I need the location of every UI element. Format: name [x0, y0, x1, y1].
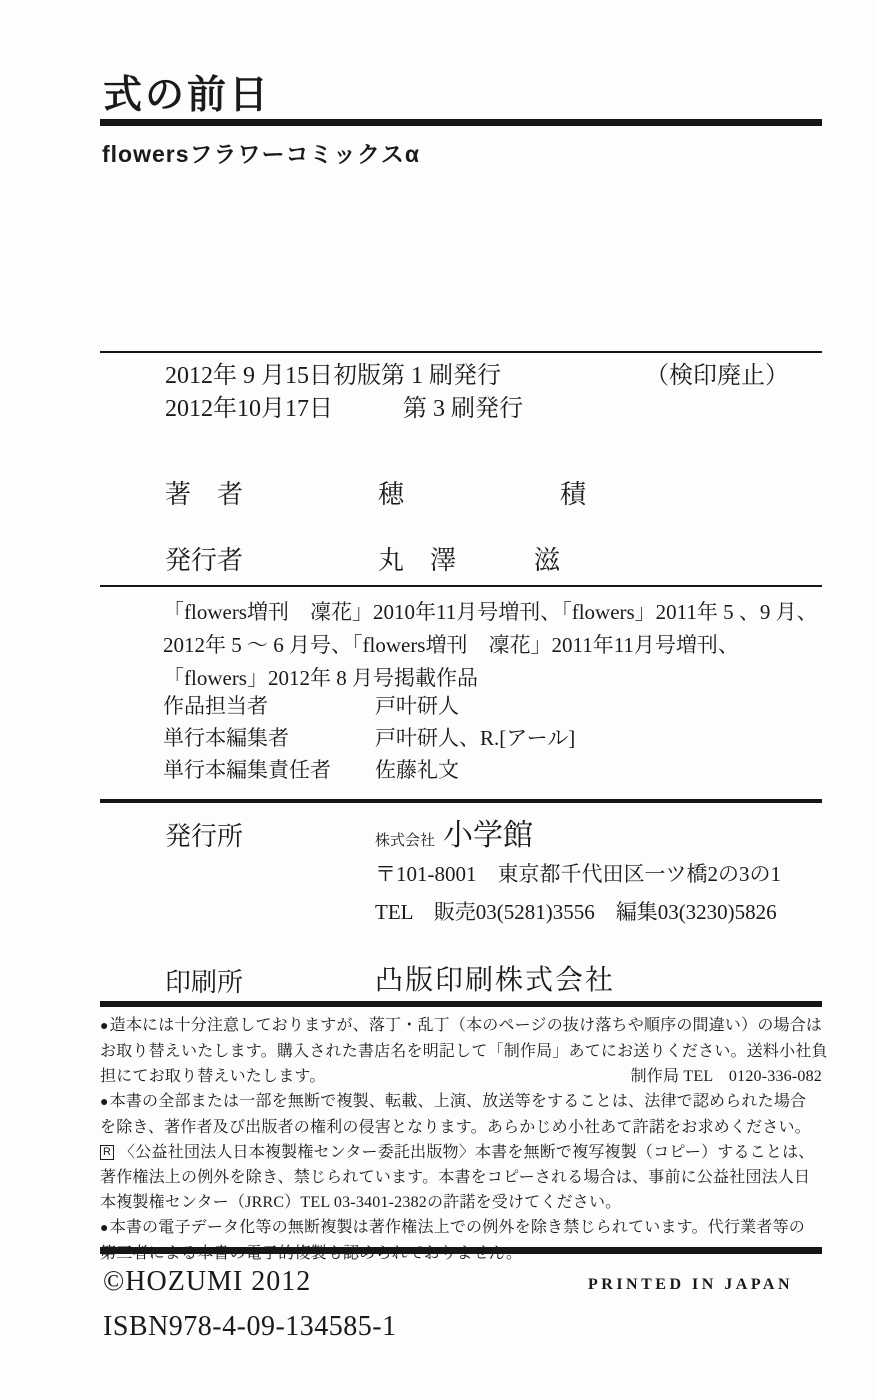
author-row: 著 者 穂 積 — [165, 474, 822, 511]
publisher-person-label: 発行者 — [165, 540, 378, 577]
staff-row-chief-editor: 単行本編集責任者 佐藤礼文 — [163, 754, 828, 786]
publisher-person-name: 丸 澤 滋 — [378, 540, 560, 577]
publisher-telephone: TEL 販売03(5281)3556 編集03(3230)5826 — [375, 896, 777, 926]
colophon-page: 式の前日 flowersフラワーコミックスα 2012年 9 月15日初版第 1… — [0, 0, 875, 1400]
publisher-person-row: 発行者 丸 澤 滋 — [165, 540, 822, 577]
notice-jrrc-copying: R〈公益社団法人日本複製権センター委託出版物〉本書を無断で複写複製（コピー）する… — [100, 1140, 822, 1215]
bullet-icon: ● — [100, 1221, 109, 1236]
publisher-address: 〒101-8001 東京都千代田区一ツ橋2の3の1 — [375, 858, 781, 888]
staff-value: 戸叶研人、R.[アール] — [375, 722, 575, 754]
staff-value: 佐藤礼文 — [375, 754, 459, 786]
publishing-house-name: 株式会社小学館 — [375, 810, 533, 854]
colophon-top-divider — [100, 351, 822, 353]
copyright-line: ©HOZUMI 2012 — [103, 1266, 311, 1298]
staff-label: 単行本編集責任者 — [163, 754, 375, 786]
author-label: 著 者 — [165, 474, 378, 511]
printer-label: 印刷所 — [165, 962, 243, 999]
bullet-icon: ● — [100, 1095, 109, 1110]
company-name: 小学館 — [443, 819, 533, 852]
printed-in-japan-label: PRINTED IN JAPAN — [588, 1276, 793, 1294]
staff-row-editor-in-charge: 作品担当者 戸叶研人 — [163, 690, 828, 722]
title-divider — [100, 119, 822, 126]
book-title: 式の前日 — [103, 64, 271, 120]
inspection-abolished-note: （検印廃止） — [645, 360, 789, 393]
production-bureau-tel: 制作局 TEL 0120-336-082 — [631, 1064, 822, 1089]
author-name: 穂 積 — [378, 474, 586, 511]
legal-notices-block: ●造本には十分注意しておりますが、落丁・乱丁（本のページの抜け落ちや順序の間違い… — [100, 1013, 822, 1266]
bullet-icon: ● — [100, 1019, 109, 1034]
edition-printing-label: 第 3 刷発行 — [403, 396, 523, 422]
staff-value: 戸叶研人 — [375, 690, 459, 722]
notice-binding-defects: ●造本には十分注意しておりますが、落丁・乱丁（本のページの抜け落ちや順序の間違い… — [100, 1013, 822, 1089]
edition-block: 2012年 9 月15日初版第 1 刷発行 （検印廃止） 2012年10月17日… — [165, 360, 822, 426]
staff-divider — [100, 799, 822, 803]
staff-label: 単行本編集者 — [163, 722, 375, 754]
notice-digital-reproduction: ●本書の電子データ化等の無断複製は著作権法上での例外を除き禁じられています。代行… — [100, 1215, 822, 1266]
publishing-house-label: 発行所 — [165, 816, 243, 853]
serialization-line: 「flowers増刊 凜花」2010年11月号増刊、「flowers」2011年… — [163, 596, 828, 629]
staff-row-book-editor: 単行本編集者 戸叶研人、R.[アール] — [163, 722, 828, 754]
notices-top-divider — [100, 1001, 822, 1007]
edition-date: 2012年10月17日 — [165, 393, 403, 426]
isbn-number: ISBN978-4-09-134585-1 — [103, 1311, 397, 1343]
imprint-label: flowersフラワーコミックスα — [102, 136, 420, 169]
notice-unauthorized-reproduction: ●本書の全部または一部を無断で複製、転載、上演、放送等をすることは、法律で認めら… — [100, 1089, 822, 1140]
company-type-prefix: 株式会社 — [375, 833, 435, 849]
notices-bottom-divider — [100, 1247, 822, 1254]
staff-label: 作品担当者 — [163, 690, 375, 722]
staff-block: 作品担当者 戸叶研人 単行本編集者 戸叶研人、R.[アール] 単行本編集責任者 … — [163, 690, 828, 786]
credits-divider — [100, 585, 822, 587]
printer-name: 凸版印刷株式会社 — [375, 958, 615, 998]
serialization-line: 2012年 5 ～ 6 月号、「flowers増刊 凜花」2011年11月号増刊… — [163, 629, 828, 662]
serialization-block: 「flowers増刊 凜花」2010年11月号増刊、「flowers」2011年… — [163, 596, 828, 695]
boxed-r-icon: R — [100, 1145, 114, 1160]
edition-line-third-printing: 2012年10月17日第 3 刷発行 — [165, 393, 822, 426]
